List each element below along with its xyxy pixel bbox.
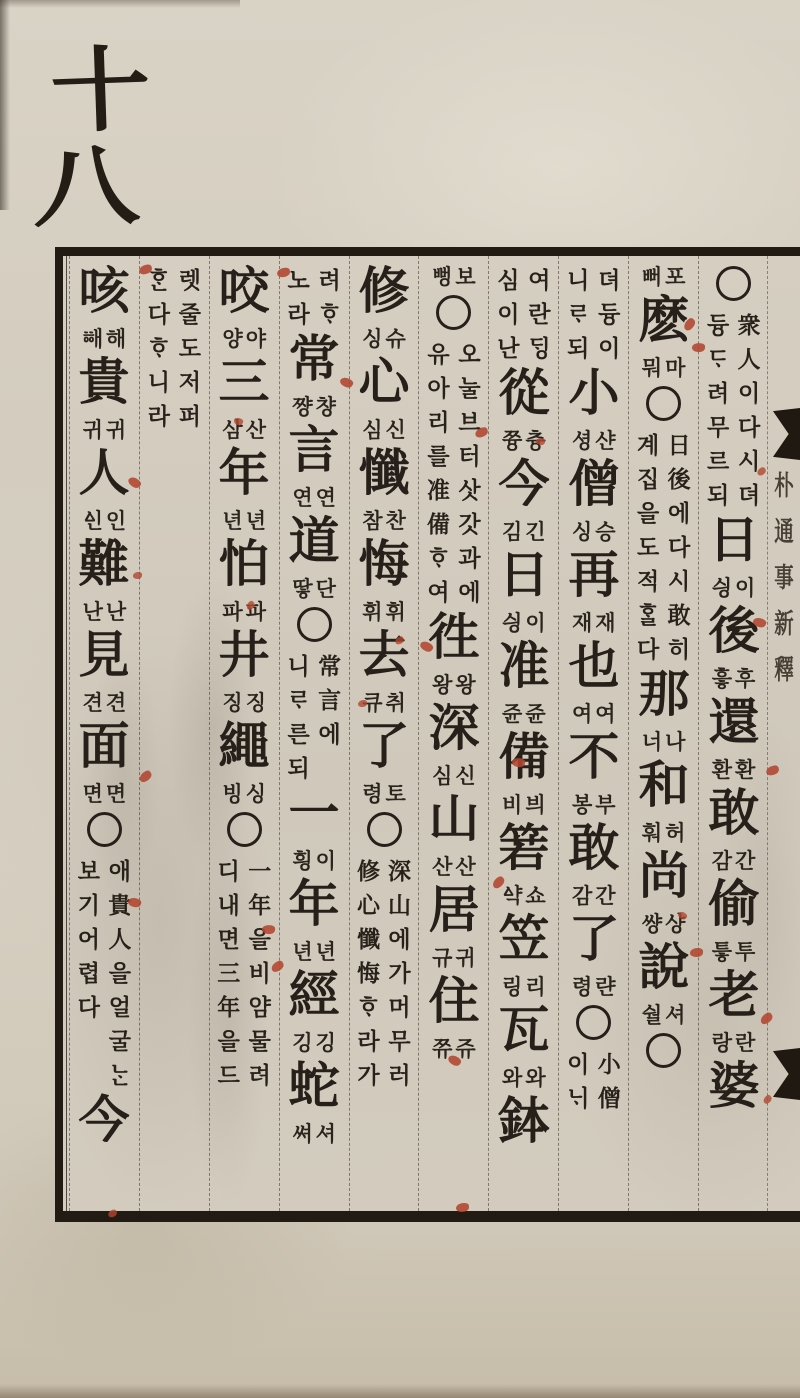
dual-line-row: ᄒᆞ머 bbox=[353, 988, 415, 1022]
dual-line-row: 여에 bbox=[423, 573, 485, 607]
hangul-gloss-pair: 뭐마 bbox=[642, 352, 686, 381]
hangul-gloss-pair: ᅀᅣᆨ쇼 bbox=[502, 880, 546, 909]
dual-line-row: 准삿 bbox=[423, 471, 485, 505]
centerfold-title-char: 新 bbox=[774, 602, 793, 648]
dual-line-row: 적시 bbox=[633, 562, 695, 596]
hanja-char: 後 bbox=[708, 601, 759, 663]
hanja-char: 言 bbox=[289, 420, 340, 482]
hangul-gloss-pair: 큐취 bbox=[362, 687, 406, 716]
hanja-char: 深 bbox=[428, 698, 479, 760]
hangul-gloss-pair: 왕왕 bbox=[432, 669, 476, 698]
dual-line-row: 드려 bbox=[213, 1056, 275, 1090]
hangul-gloss-pair: 링리 bbox=[502, 971, 546, 1000]
dual-line-row: 다얼 bbox=[73, 988, 135, 1022]
upper-fishtail-icon bbox=[773, 408, 800, 460]
text-column-10: 咳ᅘᅢ해貴귀귀人ᅀᅵᆫ인難난난見견견面면면보애기貴어人렵을다얼굴ᄂᆞᆫ今 bbox=[69, 256, 139, 1211]
hanja-char: 咳 bbox=[79, 261, 130, 323]
dual-line-row: 내年 bbox=[213, 886, 275, 920]
hanja-char: 咬 bbox=[219, 261, 270, 323]
hangul-gloss-pair: 흫후 bbox=[712, 663, 756, 692]
dual-line-row: ᄃᆞ人 bbox=[703, 340, 765, 374]
hangul-gloss-pair: 환환 bbox=[712, 754, 756, 783]
hanja-char: 今 bbox=[79, 1090, 130, 1152]
hanja-char: 怕 bbox=[219, 534, 270, 596]
dual-line-row: 디一 bbox=[213, 852, 275, 886]
circle-separator bbox=[646, 1033, 681, 1068]
dual-line-row: 心山 bbox=[353, 886, 415, 920]
dual-line-row: 르시 bbox=[703, 442, 765, 476]
hangul-gloss-pair: 감간 bbox=[712, 845, 756, 874]
centerfold-title-char: 釋 bbox=[774, 648, 793, 694]
hangul-gloss-pair: 령토 bbox=[362, 778, 406, 807]
text-column-1: 듕衆ᄃᆞ人려이무다르시되뎌日싕이後흫후還환환敢감간偷틓투老랑란婆 bbox=[698, 256, 768, 1211]
hangul-gloss-pair: 랑란 bbox=[712, 1027, 756, 1056]
text-column-2: 뻐포麽뭐마계日집後을에도다적시ᄒᆞᆯ敢다히那너나和훠허尚썅샹說숼셔 bbox=[628, 256, 698, 1211]
hangul-gloss-pair: 와와 bbox=[502, 1062, 546, 1091]
hangul-gloss-pair: 재재 bbox=[572, 607, 616, 636]
hangul-gloss-pair: 쥰쥰 bbox=[502, 698, 546, 727]
hanja-char: 也 bbox=[568, 636, 619, 698]
hangul-gloss-pair: 김긴 bbox=[502, 516, 546, 545]
scanned-book-page: 十 八 듕衆ᄃᆞ人려이무다르시되뎌日싕이後흫후還환환敢감간偷틓투老랑란婆뻐포麽뭐… bbox=[0, 0, 800, 1398]
dual-line-translation: 보애기貴어人렵을다얼굴ᄂᆞᆫ bbox=[73, 852, 135, 1090]
hangul-gloss-pair: 파파 bbox=[222, 596, 266, 625]
hanja-char: 居 bbox=[428, 880, 479, 942]
hangul-gloss-pair: 싕이 bbox=[502, 607, 546, 636]
hanja-char: 去 bbox=[359, 625, 410, 687]
dual-line-row: 이란 bbox=[493, 295, 555, 329]
hangul-gloss-pair: 깅깅 bbox=[292, 1027, 336, 1056]
dual-line-row: 아눌 bbox=[423, 369, 485, 403]
dual-line-row: 니常 bbox=[283, 647, 345, 681]
dual-line-row: 심여 bbox=[493, 261, 555, 295]
hangul-gloss-pair: 빙싱 bbox=[222, 778, 266, 807]
hanja-char: 三 bbox=[219, 352, 270, 414]
hangul-gloss-pair: 휘휘 bbox=[362, 596, 406, 625]
text-column-7: 노려라ᄒᆞ常쨩챵言연연道땋단니常ᄅᆞ言른에되一힁이年년년經깅깅蛇쎠셔 bbox=[279, 256, 349, 1211]
hanja-char: 心 bbox=[359, 352, 410, 414]
dual-line-translation: 유오아눌리브를터准삿備갓ᄒᆞ과여에 bbox=[423, 335, 485, 607]
hanja-char: 偷 bbox=[708, 874, 759, 936]
hanja-char: 道 bbox=[289, 511, 340, 573]
hanja-char: 貴 bbox=[79, 352, 130, 414]
hanja-char: 懺 bbox=[359, 443, 410, 505]
hangul-gloss-pair: 산산 bbox=[432, 851, 476, 880]
dual-line-row: 굴 bbox=[73, 1022, 135, 1056]
dual-line-translation: 니뎌ᄅᆞ듕되이 bbox=[563, 261, 625, 363]
hanja-char: 准 bbox=[498, 636, 549, 698]
dual-line-row: 무다 bbox=[703, 408, 765, 442]
hanja-char: 住 bbox=[428, 971, 479, 1033]
hanja-char: 那 bbox=[638, 664, 689, 726]
dual-line-row: 이小 bbox=[563, 1045, 625, 1079]
hanja-char: 經 bbox=[289, 965, 340, 1027]
circle-separator bbox=[367, 812, 402, 847]
dual-line-row: 기貴 bbox=[73, 886, 135, 920]
hangul-gloss-pair: 힁이 bbox=[292, 845, 336, 874]
hangul-gloss-pair: 귀귀 bbox=[83, 414, 127, 443]
hangul-gloss-pair: 봉부 bbox=[572, 789, 616, 818]
dual-line-row: 유오 bbox=[423, 335, 485, 369]
folio-char-eight: 八 bbox=[31, 141, 191, 232]
hangul-gloss-pair: 싱승 bbox=[572, 516, 616, 545]
hanja-char: 僧 bbox=[568, 454, 619, 516]
dual-line-row: 懺에 bbox=[353, 920, 415, 954]
hangul-gloss-pair: 숼셔 bbox=[642, 999, 686, 1028]
hanja-char: 今 bbox=[498, 454, 549, 516]
hangul-gloss-pair: 심신 bbox=[362, 414, 406, 443]
hangul-gloss-pair: 징징 bbox=[222, 687, 266, 716]
hanja-char: 人 bbox=[79, 443, 130, 505]
hanja-char: 井 bbox=[219, 625, 270, 687]
hanja-char: 年 bbox=[289, 874, 340, 936]
hanja-char: 常 bbox=[289, 329, 340, 391]
page-top-shadow bbox=[0, 0, 240, 8]
hanja-char: 再 bbox=[568, 545, 619, 607]
hangul-gloss-pair: 난난 bbox=[83, 596, 127, 625]
hangul-gloss-pair: 면면 bbox=[83, 778, 127, 807]
folio-number: 十 八 bbox=[49, 38, 176, 232]
hangul-gloss-pair: 년년 bbox=[292, 936, 336, 965]
hanja-char: 尚 bbox=[638, 846, 689, 908]
centerfold-title: 朴通事新釋 bbox=[773, 464, 795, 694]
hanja-char: 笠 bbox=[498, 909, 549, 971]
inner-border-rule bbox=[66, 256, 67, 1211]
lower-fishtail-icon bbox=[773, 1048, 800, 1100]
hanja-char: 一 bbox=[289, 783, 340, 845]
hangul-gloss-pair: 싕이 bbox=[712, 572, 756, 601]
dual-line-row: 라무 bbox=[353, 1022, 415, 1056]
hanja-char: 見 bbox=[79, 625, 130, 687]
hangul-gloss-pair: 연연 bbox=[292, 482, 336, 511]
dual-line-row: 노려 bbox=[283, 261, 345, 295]
dual-line-row: 三비 bbox=[213, 954, 275, 988]
hanja-char: 日 bbox=[708, 510, 759, 572]
dual-line-row: 난ᄃᆡᆼ bbox=[493, 329, 555, 363]
centerfold-title-char: 事 bbox=[774, 556, 793, 602]
hanja-char: 說 bbox=[638, 937, 689, 999]
dual-line-row: 계日 bbox=[633, 426, 695, 460]
hanja-char: 山 bbox=[428, 789, 479, 851]
text-column-3: 니뎌ᄅᆞ듕되이小셩샨僧싱승再재재也여여不봉부敢감간了령랸이小ᄂᆡ僧 bbox=[558, 256, 628, 1211]
dual-line-row: 다줄 bbox=[143, 295, 205, 329]
hanja-char: 日 bbox=[498, 545, 549, 607]
hangul-gloss-pair: 쨩챵 bbox=[292, 391, 336, 420]
hanja-char: 年 bbox=[219, 443, 270, 505]
dual-line-row: 도다 bbox=[633, 528, 695, 562]
circle-separator bbox=[297, 607, 332, 642]
hangul-gloss-pair: 싱슈 bbox=[362, 323, 406, 352]
dual-line-translation: 심여이란난ᄃᆡᆼ bbox=[493, 261, 555, 363]
dual-line-row: ᄂᆡ僧 bbox=[563, 1079, 625, 1113]
dual-line-row: 備갓 bbox=[423, 505, 485, 539]
hangul-gloss-pair: 참찬 bbox=[362, 505, 406, 534]
hangul-gloss-pair: 셩샨 bbox=[572, 425, 616, 454]
dual-line-row: ᄅᆞ言 bbox=[283, 681, 345, 715]
circle-separator bbox=[227, 812, 262, 847]
dual-line-row: 니뎌 bbox=[563, 261, 625, 295]
text-column-4: 심여이란난ᄃᆡᆼ從쯍츙今김긴日싕이准쥰쥰備비븨箬ᅀᅣᆨ쇼笠링리瓦와와鉢 bbox=[488, 256, 558, 1211]
dual-line-row: 되뎌 bbox=[703, 476, 765, 510]
centerfold-title-char: 通 bbox=[774, 510, 793, 556]
dual-line-row: 가러 bbox=[353, 1056, 415, 1090]
circle-separator bbox=[576, 1005, 611, 1040]
hanja-char: 瓦 bbox=[498, 1000, 549, 1062]
dual-line-row: 悔가 bbox=[353, 954, 415, 988]
dual-line-row: ᄒᆞ도 bbox=[143, 329, 205, 363]
hangul-gloss-pair: 틓투 bbox=[712, 936, 756, 965]
hangul-gloss-pair: 감간 bbox=[572, 880, 616, 909]
dual-line-translation: 노려라ᄒᆞ bbox=[283, 261, 345, 329]
hanja-char: 徃 bbox=[428, 607, 479, 669]
hangul-gloss-pair: 뻐포 bbox=[642, 261, 686, 290]
dual-line-translation: 디一내年면을三비年얌을물드려 bbox=[213, 852, 275, 1090]
hangul-gloss-pair: 너나 bbox=[642, 726, 686, 755]
dual-line-row: ᄅᆞ듕 bbox=[563, 295, 625, 329]
dual-line-row: 니저 bbox=[143, 363, 205, 397]
dual-line-row: 어人 bbox=[73, 920, 135, 954]
hanja-char: 了 bbox=[359, 716, 410, 778]
dual-line-row: ᄒᆞᆫ렛 bbox=[143, 261, 205, 295]
dual-line-translation: ᄒᆞᆫ렛다줄ᄒᆞ도니저라퍼 bbox=[143, 261, 205, 431]
hanja-char: 還 bbox=[708, 692, 759, 754]
dual-line-translation: 니常ᄅᆞ言른에되 bbox=[283, 647, 345, 783]
circle-separator bbox=[716, 266, 751, 301]
dual-line-row: 른에 bbox=[283, 715, 345, 749]
dual-line-row: 보애 bbox=[73, 852, 135, 886]
hanja-char: 繩 bbox=[219, 716, 270, 778]
hangul-gloss-pair: 삼산 bbox=[222, 414, 266, 443]
text-column-9: ᄒᆞᆫ렛다줄ᄒᆞ도니저라퍼 bbox=[139, 256, 209, 1211]
hangul-gloss-pair: ᅘᅢ해 bbox=[83, 323, 127, 352]
hanja-char: 難 bbox=[79, 534, 130, 596]
hangul-gloss-pair: 여여 bbox=[572, 698, 616, 727]
folio-char-ten: 十 bbox=[49, 42, 172, 138]
hanja-char: 不 bbox=[568, 727, 619, 789]
dual-line-row: ᄒᆞ과 bbox=[423, 539, 485, 573]
text-column-8: 咬양야三삼산年년년怕파파井징징繩빙싱디一내年면을三비年얌을물드려 bbox=[209, 256, 279, 1211]
hangul-gloss-pair: 뻥보 bbox=[432, 261, 476, 290]
text-column-5: 뻥보유오아눌리브를터准삿備갓ᄒᆞ과여에徃왕왕深심신山산산居규귀住쮸쥬 bbox=[418, 256, 488, 1211]
dual-line-row: 라ᄒᆞ bbox=[283, 295, 345, 329]
hanja-char: 敢 bbox=[568, 818, 619, 880]
hangul-gloss-pair: ᅀᅵᆫ인 bbox=[83, 505, 127, 534]
hanja-char: 和 bbox=[638, 755, 689, 817]
dual-line-row: 되이 bbox=[563, 329, 625, 363]
circle-separator bbox=[646, 386, 681, 421]
hangul-gloss-pair: 훠허 bbox=[642, 817, 686, 846]
dual-line-row: 다히 bbox=[633, 630, 695, 664]
dual-line-row: 修深 bbox=[353, 852, 415, 886]
hangul-gloss-pair: 규귀 bbox=[432, 942, 476, 971]
dual-line-row: ᄂᆞᆫ bbox=[73, 1056, 135, 1090]
hanja-char: 從 bbox=[498, 363, 549, 425]
text-block: 듕衆ᄃᆞ人려이무다르시되뎌日싕이後흫후還환환敢감간偷틓투老랑란婆뻐포麽뭐마계日집… bbox=[55, 247, 800, 1222]
page-edge-shadow bbox=[0, 0, 10, 210]
dual-line-translation: 이小ᄂᆡ僧 bbox=[563, 1045, 625, 1113]
hangul-gloss-pair: 령랸 bbox=[572, 971, 616, 1000]
centerfold-title-char: 朴 bbox=[774, 464, 793, 510]
dual-line-row: 듕衆 bbox=[703, 306, 765, 340]
hangul-gloss-pair: 비븨 bbox=[502, 789, 546, 818]
hangul-gloss-pair: 년년 bbox=[222, 505, 266, 534]
hanja-char: 敢 bbox=[708, 783, 759, 845]
dual-line-row: 을에 bbox=[633, 494, 695, 528]
hangul-gloss-pair: 심신 bbox=[432, 760, 476, 789]
hangul-gloss-pair: 양야 bbox=[222, 323, 266, 352]
hanja-char: 修 bbox=[359, 261, 410, 323]
hanja-char: 了 bbox=[568, 909, 619, 971]
dual-line-translation: 修深心山懺에悔가ᄒᆞ머라무가러 bbox=[353, 852, 415, 1090]
hanja-char: 老 bbox=[708, 965, 759, 1027]
hangul-gloss-pair: 견견 bbox=[83, 687, 127, 716]
hanja-char: 備 bbox=[498, 727, 549, 789]
hanja-char: 箬 bbox=[498, 818, 549, 880]
hanja-char: 面 bbox=[79, 716, 130, 778]
dual-line-translation: 계日집後을에도다적시ᄒᆞᆯ敢다히 bbox=[633, 426, 695, 664]
dual-line-row: ᄒᆞᆯ敢 bbox=[633, 596, 695, 630]
dual-line-row: 를터 bbox=[423, 437, 485, 471]
hangul-gloss-pair: 쎠셔 bbox=[292, 1118, 336, 1147]
dual-line-row: 을물 bbox=[213, 1022, 275, 1056]
dual-line-row: 렵을 bbox=[73, 954, 135, 988]
dual-line-translation: 듕衆ᄃᆞ人려이무다르시되뎌 bbox=[703, 306, 765, 510]
hanja-char: 婆 bbox=[708, 1056, 759, 1118]
hanja-char: 鉢 bbox=[498, 1091, 549, 1153]
hanja-char: 悔 bbox=[359, 534, 410, 596]
hanja-char: 麽 bbox=[638, 290, 689, 352]
dual-line-row: 려이 bbox=[703, 374, 765, 408]
hanja-char: 小 bbox=[568, 363, 619, 425]
centerfold: 朴通事新釋 bbox=[767, 256, 800, 1211]
columns-area: 듕衆ᄃᆞ人려이무다르시되뎌日싕이後흫후還환환敢감간偷틓투老랑란婆뻐포麽뭐마계日집… bbox=[69, 256, 768, 1211]
dual-line-row: 年얌 bbox=[213, 988, 275, 1022]
circle-separator bbox=[436, 295, 471, 330]
text-column-6: 修싱슈心심신懺참찬悔휘휘去큐취了령토修深心山懺에悔가ᄒᆞ머라무가러 bbox=[349, 256, 419, 1211]
circle-separator bbox=[87, 812, 122, 847]
hangul-gloss-pair: 땋단 bbox=[292, 573, 336, 602]
hanja-char: 蛇 bbox=[289, 1056, 340, 1118]
dual-line-row: 라퍼 bbox=[143, 397, 205, 431]
dual-line-row: 집後 bbox=[633, 460, 695, 494]
dual-line-row: 되 bbox=[283, 749, 345, 783]
